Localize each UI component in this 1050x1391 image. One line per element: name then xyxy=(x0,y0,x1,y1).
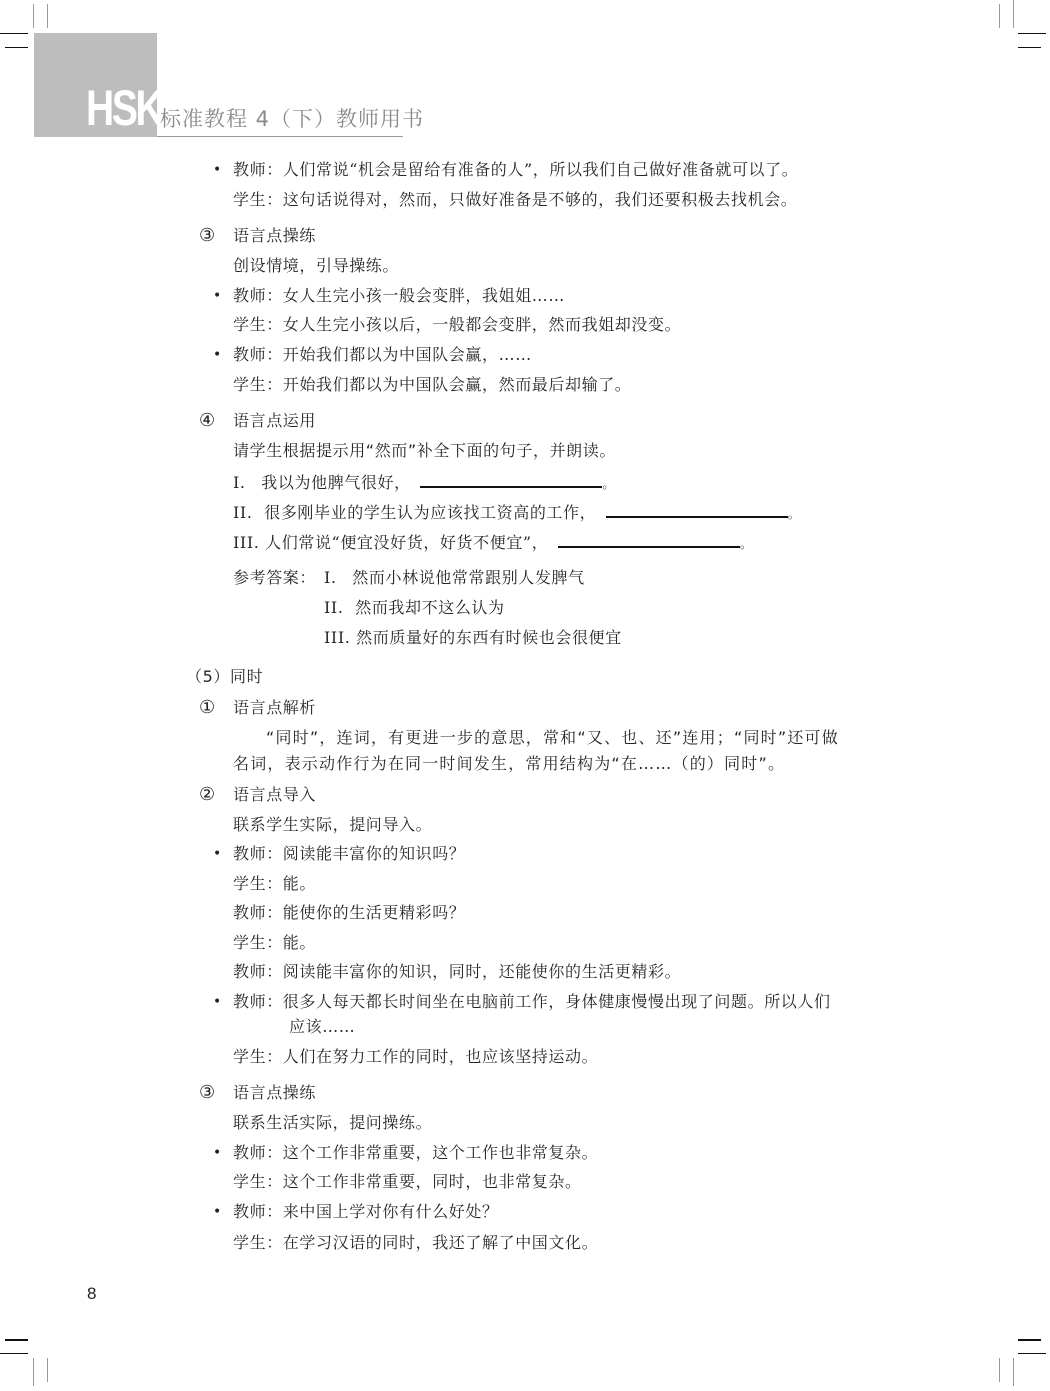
answer-blank[interactable] xyxy=(606,500,788,518)
dialog-teacher-line: 教师：阅读能丰富你的知识吗？ xyxy=(233,843,465,865)
instruction-text: 联系生活实际，提问操练。 xyxy=(233,1112,432,1134)
header-logo: HSK xyxy=(86,80,161,136)
instruction-text: 创设情境，引导操练。 xyxy=(233,255,399,277)
dialog-student-line: 学生：开始我们都以为中国队会赢，然而最后却输了。 xyxy=(233,374,631,396)
answer-text: 然而质量好的东西有时候也会很便宜 xyxy=(356,628,622,647)
dialog-student-line: 学生：这个工作非常重要，同时，也非常复杂。 xyxy=(233,1171,582,1193)
exercise-end: 。 xyxy=(788,507,801,521)
exercise-label: I. xyxy=(233,473,246,492)
bullet-icon: • xyxy=(213,991,221,1013)
exercise-prompt: 很多刚毕业的学生认为应该找工资高的工作， xyxy=(264,503,596,522)
exercise-prompt: 我以为他脾气很好， xyxy=(261,473,410,492)
dialog-teacher-line: 教师：开始我们都以为中国队会赢，…… xyxy=(233,344,532,366)
answer-blank[interactable] xyxy=(420,470,602,488)
dialog-student-line: 学生：在学习汉语的同时，我还了解了中国文化。 xyxy=(233,1232,598,1254)
answer-label: III. xyxy=(324,628,350,647)
dialog-teacher-line-cont: 应该…… xyxy=(289,1016,355,1038)
circled-number-3-icon: ③ xyxy=(199,225,215,247)
header-title: 标准教程 4（下）教师用书 xyxy=(160,106,424,132)
analysis-paragraph-line: “同时”，连词，有更进一步的意思，常和“又、也、还”连用；“同时”还可做 xyxy=(266,727,839,749)
answers-label: 参考答案： xyxy=(233,567,316,589)
answer-item: I. 然而小林说他常常跟别人发脾气 xyxy=(324,567,585,589)
answer-text: 然而我却不这么认为 xyxy=(355,598,504,617)
page-number: 8 xyxy=(87,1284,96,1304)
instruction-text: 请学生根据提示用“然而”补全下面的句子，并朗读。 xyxy=(233,440,616,462)
dialog-teacher-line: 教师：很多人每天都长时间坐在电脑前工作，身体健康慢慢出现了问题。所以人们 xyxy=(233,991,831,1013)
answer-label: II. xyxy=(324,598,344,617)
bullet-icon: • xyxy=(213,1142,221,1164)
dialog-teacher-line: 教师：女人生完小孩一般会变胖，我姐姐…… xyxy=(233,285,565,307)
answer-item: III. 然而质量好的东西有时候也会很便宜 xyxy=(324,627,622,649)
answer-text: 然而小林说他常常跟别人发脾气 xyxy=(352,568,584,587)
dialog-student-line: 学生：这句话说得对，然而，只做好准备是不够的，我们还要积极去找机会。 xyxy=(233,189,797,211)
bullet-icon: • xyxy=(213,159,221,181)
section-title: （5）同时 xyxy=(186,666,263,688)
exercise-item: II. 很多刚毕业的学生认为应该找工资高的工作， 。 xyxy=(233,500,801,525)
bullet-icon: • xyxy=(213,843,221,865)
subsection-heading: 语言点导入 xyxy=(233,784,316,806)
bullet-icon: • xyxy=(213,1201,221,1223)
dialog-student-line: 学生：能。 xyxy=(233,873,316,895)
subsection-heading: 语言点解析 xyxy=(233,697,316,719)
exercise-prompt: 人们常说“便宜没好货，好货不便宜”， xyxy=(265,533,548,552)
dialog-student-line: 学生：人们在努力工作的同时，也应该坚持运动。 xyxy=(233,1046,598,1068)
instruction-text: 联系学生实际，提问导入。 xyxy=(233,814,432,836)
bullet-icon: • xyxy=(213,344,221,366)
dialog-teacher-line: 教师：人们常说“机会是留给有准备的人”，所以我们自己做好准备就可以了。 xyxy=(233,159,798,181)
subsection-heading: 语言点操练 xyxy=(233,225,316,247)
dialog-teacher-line: 教师：能使你的生活更精彩吗？ xyxy=(233,902,465,924)
subsection-heading: 语言点运用 xyxy=(233,410,316,432)
answer-item: II. 然而我却不这么认为 xyxy=(324,597,505,619)
dialog-student-line: 学生：女人生完小孩以后，一般都会变胖，然而我姐却没变。 xyxy=(233,314,681,336)
circled-number-3-icon: ③ xyxy=(199,1082,215,1104)
exercise-item: I. 我以为他脾气很好， 。 xyxy=(233,470,615,495)
circled-number-1-icon: ① xyxy=(199,697,215,719)
dialog-teacher-line: 教师：这个工作非常重要，这个工作也非常复杂。 xyxy=(233,1142,598,1164)
exercise-label: III. xyxy=(233,533,259,552)
exercise-label: II. xyxy=(233,503,253,522)
header-rule xyxy=(157,136,403,137)
answer-blank[interactable] xyxy=(558,530,740,548)
dialog-teacher-line: 教师：来中国上学对你有什么好处？ xyxy=(233,1201,499,1223)
exercise-end: 。 xyxy=(602,477,615,491)
bullet-icon: • xyxy=(213,285,221,307)
subsection-heading: 语言点操练 xyxy=(233,1082,316,1104)
dialog-teacher-line: 教师：阅读能丰富你的知识，同时，还能使你的生活更精彩。 xyxy=(233,961,681,983)
exercise-end: 。 xyxy=(740,537,753,551)
circled-number-4-icon: ④ xyxy=(199,410,215,432)
analysis-paragraph-line: 名词，表示动作行为在同一时间发生，常用结构为“在……（的）同时”。 xyxy=(233,753,785,775)
exercise-item: III. 人们常说“便宜没好货，好货不便宜”， 。 xyxy=(233,530,753,555)
answer-label: I. xyxy=(324,568,337,587)
circled-number-2-icon: ② xyxy=(199,784,215,806)
dialog-student-line: 学生：能。 xyxy=(233,932,316,954)
